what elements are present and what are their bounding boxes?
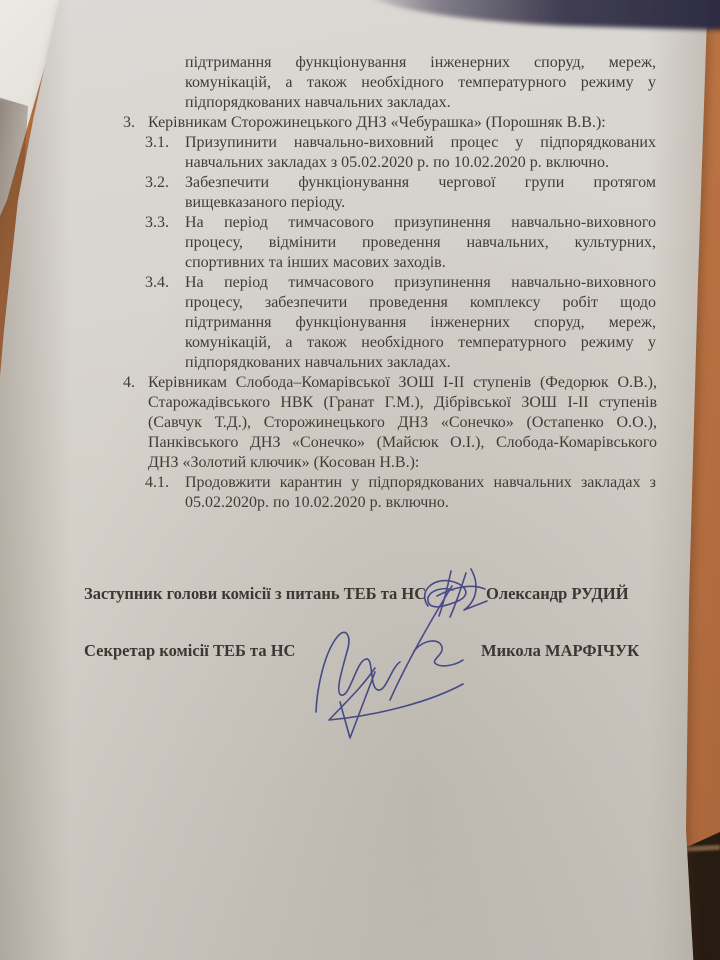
list-item-3-3: 3.3. На період тимчасового призупинення … bbox=[145, 213, 720, 273]
document-page: підтримання функціонування інженерних сп… bbox=[0, 0, 720, 960]
document-body: підтримання функціонування інженерних сп… bbox=[0, 53, 720, 513]
paragraph-continuation: підтримання функціонування інженерних сп… bbox=[185, 53, 656, 113]
list-item-3: 3. Керівникам Сторожинецького ДНЗ «Чебур… bbox=[123, 113, 720, 133]
text-line: спортивних та інших масових заходів. bbox=[185, 253, 656, 273]
photo-of-document: підтримання функціонування інженерних сп… bbox=[0, 0, 720, 960]
text-line: процесу, відмінити проведення навчальних… bbox=[185, 233, 656, 253]
text-line: (Савчук Т.Д.), Сторожинецького ДНЗ «Соне… bbox=[148, 413, 657, 433]
text-line: комунікацій, а також необхідного темпера… bbox=[185, 73, 656, 93]
document-page-wrap: підтримання функціонування інженерних сп… bbox=[0, 0, 720, 960]
text-line: Забезпечити функціонування чергової груп… bbox=[185, 173, 656, 193]
signatory-title: Заступник голови комісії з питань ТЕБ та… bbox=[84, 584, 426, 604]
text-line: Панківського ДНЗ «Сонечко» (Майсюк О.І.)… bbox=[148, 433, 657, 453]
signatory-name: Микола МАРФІЧУК bbox=[481, 641, 639, 661]
text-line: Керівникам Сторожинецького ДНЗ «Чебурашк… bbox=[148, 113, 657, 133]
text-line: процесу, забезпечити проведення комплекс… bbox=[185, 293, 656, 313]
item-number: 3.4. bbox=[145, 273, 185, 373]
text-line: Призупинити навчально-виховний процес у … bbox=[185, 133, 656, 153]
item-number: 3.1. bbox=[145, 133, 185, 173]
list-item-3-1: 3.1. Призупинити навчально-виховний проц… bbox=[145, 133, 720, 173]
signature-squiggle-marfichuk bbox=[316, 586, 463, 738]
text-line: комунікацій, а також необхідного темпера… bbox=[185, 333, 656, 353]
list-item-3-2: 3.2. Забезпечити функціонування чергової… bbox=[145, 173, 720, 213]
text-line: 05.02.2020р. по 10.02.2020 р. включно. bbox=[185, 493, 656, 513]
text-line: підтримання функціонування інженерних сп… bbox=[185, 313, 656, 333]
item-number: 3.3. bbox=[145, 213, 185, 273]
text-line: На період тимчасового призупинення навча… bbox=[185, 273, 656, 293]
text-line: На період тимчасового призупинення навча… bbox=[185, 213, 656, 233]
text-line: підтримання функціонування інженерних сп… bbox=[185, 53, 656, 73]
text-line: підпорядкованих навчальних закладах. bbox=[185, 93, 656, 113]
item-number: 4. bbox=[123, 373, 148, 473]
signatory-title: Секретар комісії ТЕБ та НС bbox=[84, 641, 295, 661]
text-line: вищевказаного періоду. bbox=[185, 193, 656, 213]
signatory-name: Олександр РУДИЙ bbox=[486, 584, 629, 604]
text-line: ДНЗ «Золотий ключик» (Косован Н.В.): bbox=[148, 453, 657, 473]
text-line: підпорядкованих навчальних закладах. bbox=[185, 353, 656, 373]
item-number: 3. bbox=[123, 113, 148, 133]
list-item-4: 4. Керівникам Слобода–Комарівської ЗОШ І… bbox=[123, 373, 720, 473]
text-line: Керівникам Слобода–Комарівської ЗОШ І-ІІ… bbox=[148, 373, 657, 393]
text-line: Старожадівського НВК (Гранат Г.М.), Дібр… bbox=[148, 393, 657, 413]
text-line: Продовжити карантин у підпорядкованих на… bbox=[185, 473, 656, 493]
item-number: 4.1. bbox=[145, 473, 185, 513]
text-line: навчальних закладах з 05.02.2020 р. по 1… bbox=[185, 153, 656, 173]
signature-squiggle-rudyi bbox=[425, 569, 487, 617]
item-number: 3.2. bbox=[145, 173, 185, 213]
list-item-3-4: 3.4. На період тимчасового призупинення … bbox=[145, 273, 720, 373]
list-item-4-1: 4.1. Продовжити карантин у підпорядкован… bbox=[145, 473, 720, 513]
